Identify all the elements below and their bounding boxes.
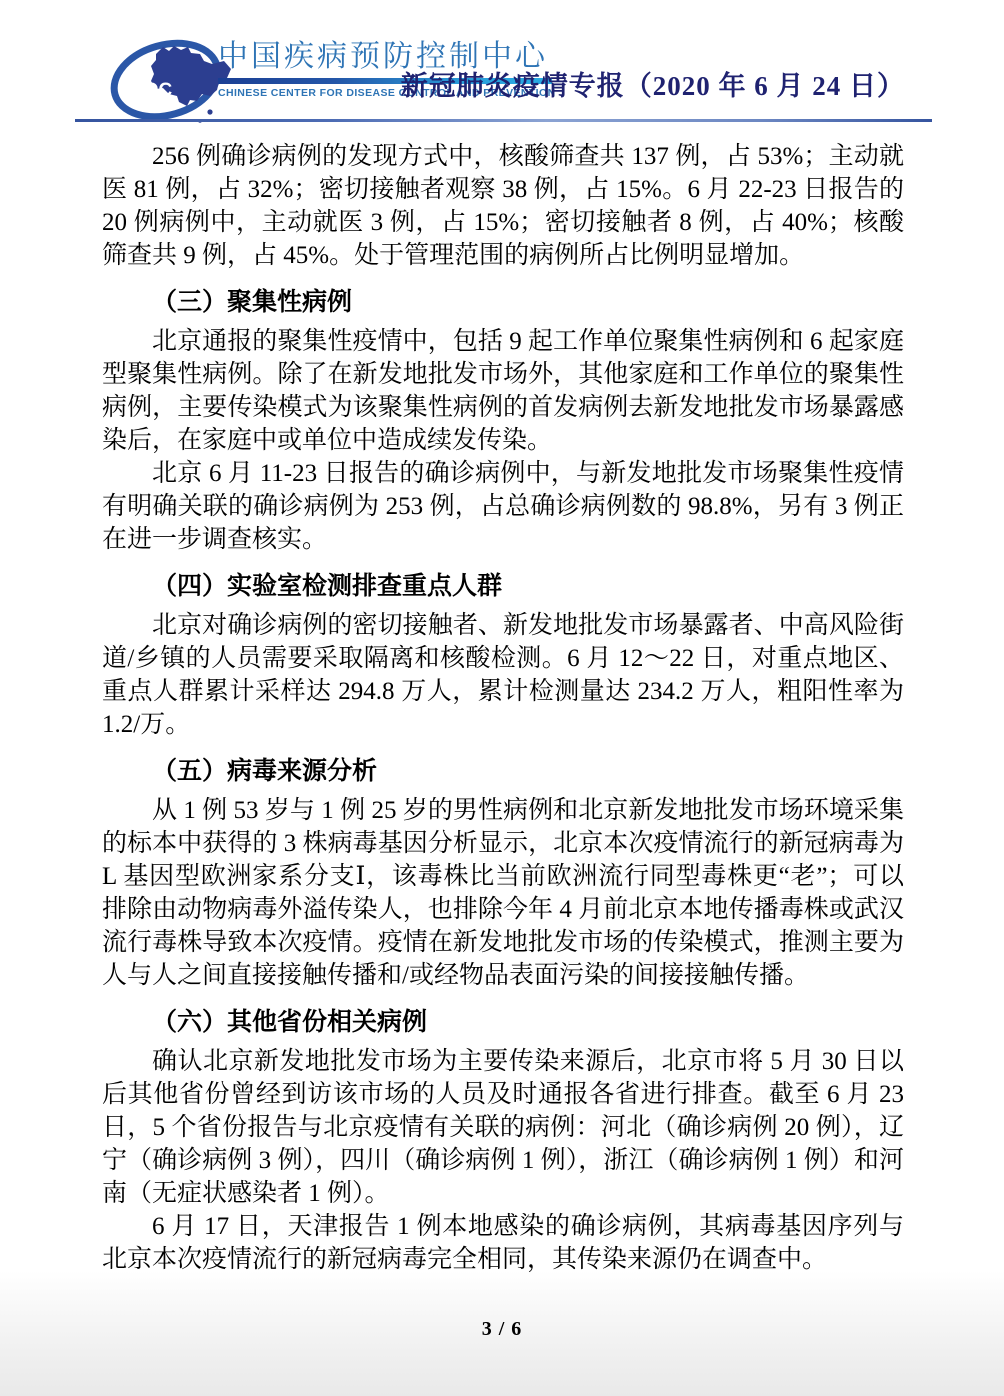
document-body: 256 例确诊病例的发现方式中，核酸筛查共 137 例，占 53%；主动就医 8…: [102, 140, 904, 1290]
body-paragraph: 北京对确诊病例的密切接触者、新发地批发市场暴露者、中高风险街道/乡镇的人员需要采…: [102, 609, 904, 741]
page-number: 3 / 6: [0, 1318, 1004, 1341]
body-paragraph: 北京通报的聚集性疫情中，包括 9 起工作单位聚集性病例和 6 起家庭型聚集性病例…: [102, 325, 904, 457]
cdc-acronym: CDC: [131, 80, 172, 101]
section-heading-5: （五）病毒来源分析: [102, 755, 904, 788]
page-header: CDC 中国疾病预防控制中心 CHINESE CENTER FOR DISEAS…: [0, 0, 1004, 122]
body-paragraph: 确认北京新发地批发市场为主要传染来源后，北京市将 5 月 30 日以后其他省份曾…: [102, 1045, 904, 1210]
header-divider: [75, 119, 932, 122]
body-paragraph: 6 月 17 日，天津报告 1 例本地感染的确诊病例，其病毒基因序列与北京本次疫…: [102, 1210, 904, 1276]
report-page: CDC 中国疾病预防控制中心 CHINESE CENTER FOR DISEAS…: [0, 0, 1004, 1396]
body-paragraph: 256 例确诊病例的发现方式中，核酸筛查共 137 例，占 53%；主动就医 8…: [102, 140, 904, 272]
section-heading-4: （四）实验室检测排查重点人群: [102, 570, 904, 603]
section-heading-6: （六）其他省份相关病例: [102, 1006, 904, 1039]
body-paragraph: 北京 6 月 11-23 日报告的确诊病例中，与新发地批发市场聚集性疫情有明确关…: [102, 457, 904, 556]
body-paragraph: 从 1 例 53 岁与 1 例 25 岁的男性病例和北京新发地批发市场环境采集的…: [102, 794, 904, 992]
section-heading-3: （三）聚集性病例: [102, 286, 904, 319]
report-title: 新冠肺炎疫情专报（2020 年 6 月 24 日）: [401, 64, 905, 103]
